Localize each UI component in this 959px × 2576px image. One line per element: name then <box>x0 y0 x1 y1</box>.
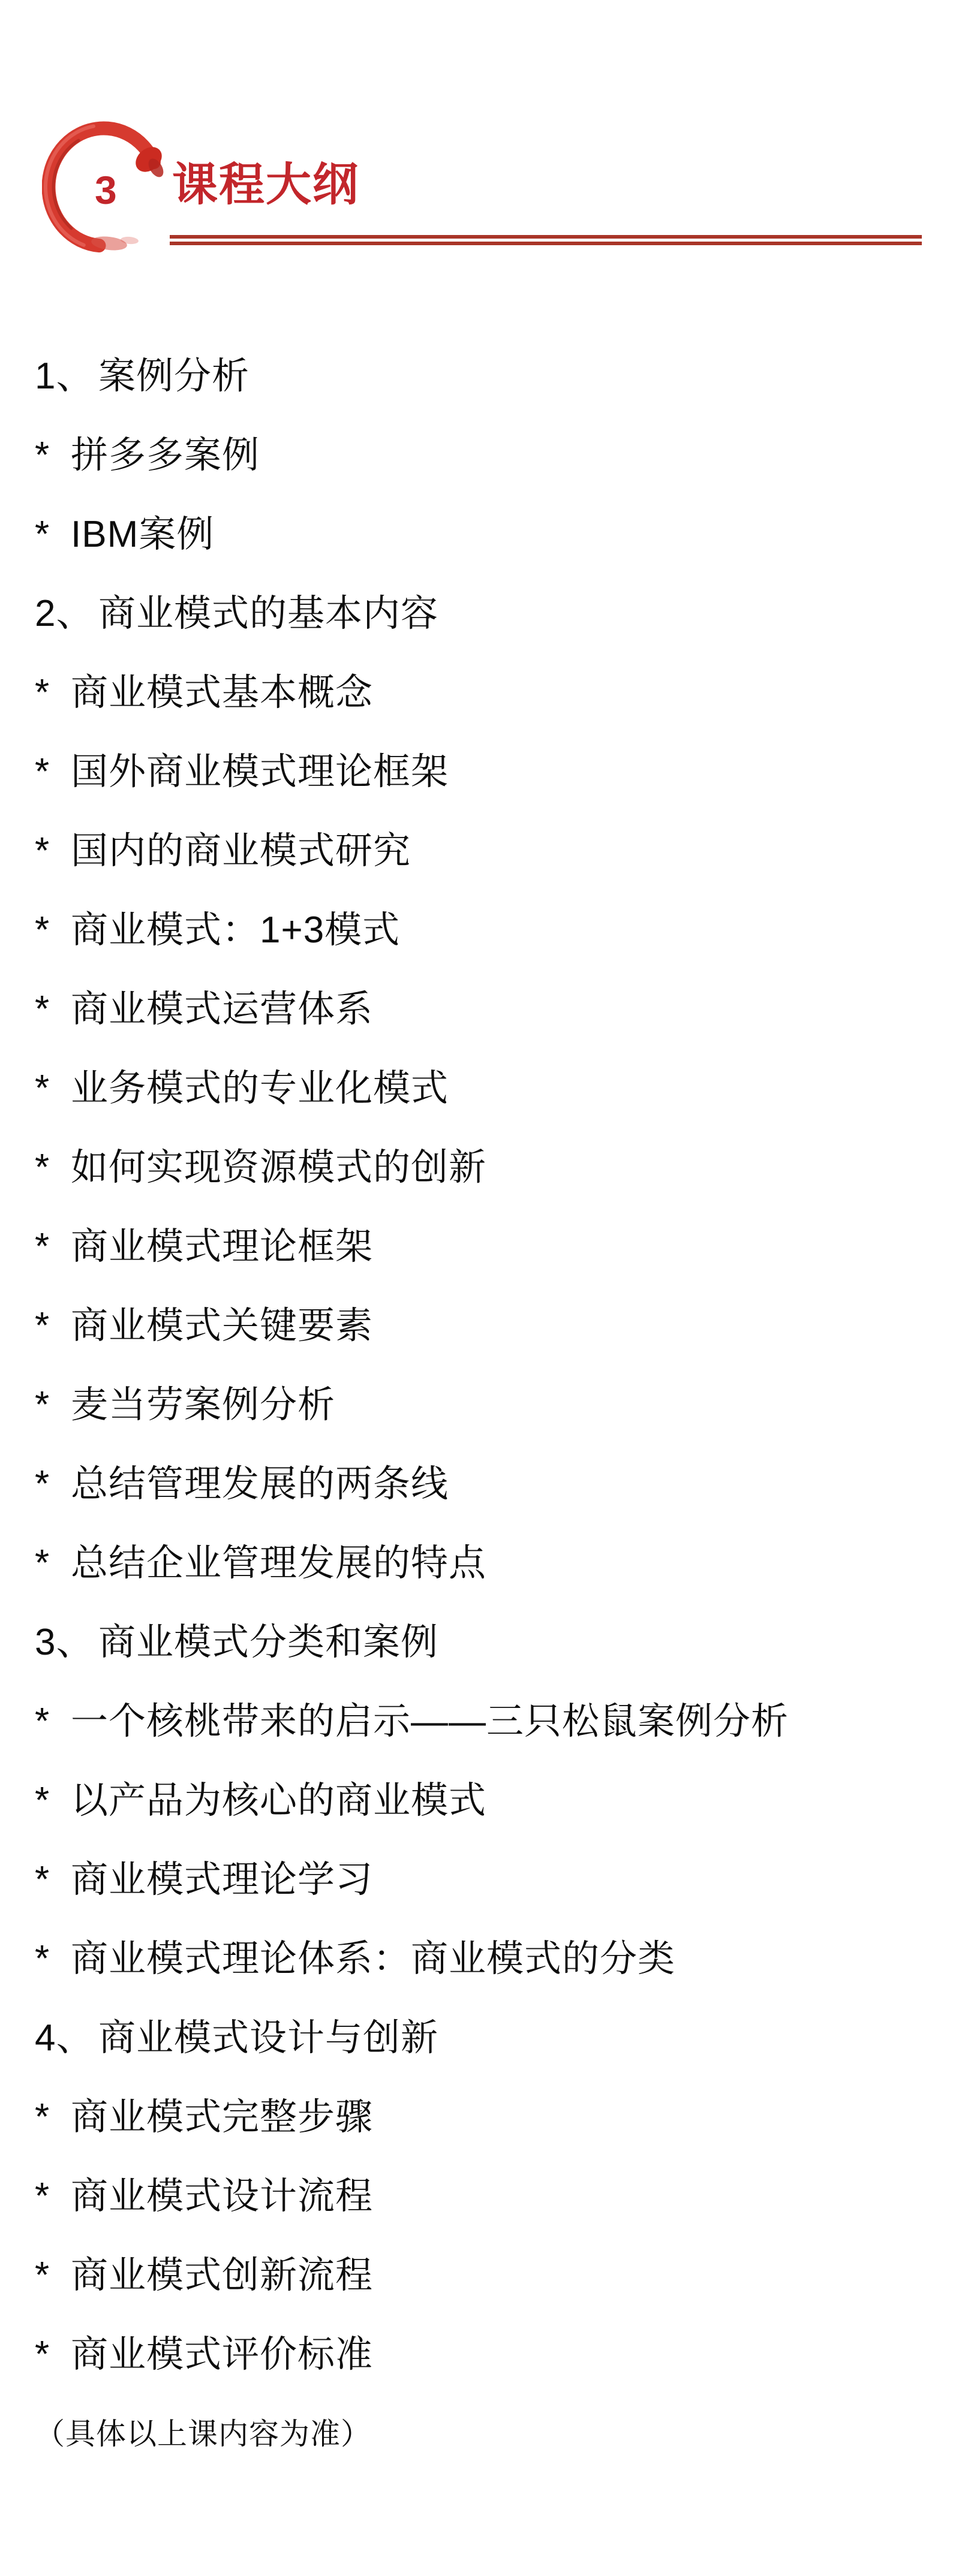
item-bullet-marker: * <box>35 2078 71 2157</box>
outline-bullet-item: *以产品为核心的商业模式 <box>0 1761 959 1840</box>
item-text: 案例分析 <box>98 355 249 397</box>
item-text: 国外商业模式理论框架 <box>71 751 449 793</box>
outline-bullet-item: *商业模式运营体系 <box>0 970 959 1049</box>
title-underline-top <box>170 235 922 239</box>
item-bullet-marker: * <box>35 2157 71 2236</box>
outline-bullet-item: *商业模式基本概念 <box>0 653 959 733</box>
item-text: 商业模式的基本内容 <box>98 593 438 634</box>
outline-section-item: 1、案例分析 <box>0 337 959 416</box>
item-text: 商业模式完整步骤 <box>71 2096 373 2138</box>
outline-section-item: 3、商业模式分类和案例 <box>0 1603 959 1682</box>
outline-footnote: （具体以上课内容为准） <box>0 2394 959 2473</box>
item-text: 商业模式评价标准 <box>71 2334 373 2375</box>
item-bullet-marker: * <box>35 733 71 812</box>
item-bullet-marker: * <box>35 2236 71 2315</box>
item-bullet-marker: * <box>35 1049 71 1128</box>
item-number-marker: 1、 <box>35 337 98 416</box>
outline-bullet-item: *商业模式：1+3模式 <box>0 891 959 970</box>
outline-list: 1、案例分析*拼多多案例*IBM案例2、商业模式的基本内容*商业模式基本概念*国… <box>0 337 959 2394</box>
outline: 1、案例分析*拼多多案例*IBM案例2、商业模式的基本内容*商业模式基本概念*国… <box>0 337 959 2473</box>
title-underline-bottom <box>170 242 922 245</box>
outline-bullet-item: *商业模式评价标准 <box>0 2315 959 2394</box>
item-number-marker: 2、 <box>35 574 98 653</box>
item-text: 拼多多案例 <box>71 435 260 476</box>
item-text: IBM案例 <box>71 514 214 555</box>
outline-bullet-item: *总结企业管理发展的特点 <box>0 1524 959 1603</box>
item-bullet-marker: * <box>35 1128 71 1207</box>
outline-bullet-item: *总结管理发展的两条线 <box>0 1445 959 1524</box>
item-bullet-marker: * <box>35 1445 71 1524</box>
item-bullet-marker: * <box>35 2315 71 2394</box>
item-bullet-marker: * <box>35 1524 71 1603</box>
item-text: 以产品为核心的商业模式 <box>71 1780 486 1821</box>
outline-bullet-item: *商业模式关键要素 <box>0 1287 959 1366</box>
item-text: 总结企业管理发展的特点 <box>71 1542 486 1584</box>
item-bullet-marker: * <box>35 1761 71 1840</box>
outline-section-item: 4、商业模式设计与创新 <box>0 1999 959 2078</box>
outline-bullet-item: *一个核桃带来的启示——三只松鼠案例分析 <box>0 1682 959 1761</box>
item-bullet-marker: * <box>35 1840 71 1920</box>
item-bullet-marker: * <box>35 495 71 574</box>
item-text: 商业模式理论体系：商业模式的分类 <box>71 1938 675 1980</box>
item-text: 商业模式创新流程 <box>71 2255 373 2296</box>
item-bullet-marker: * <box>35 1207 71 1287</box>
item-bullet-marker: * <box>35 653 71 733</box>
outline-bullet-item: *拼多多案例 <box>0 416 959 495</box>
item-number-marker: 4、 <box>35 1999 98 2078</box>
outline-bullet-item: *商业模式设计流程 <box>0 2157 959 2236</box>
item-bullet-marker: * <box>35 812 71 891</box>
item-number-marker: 3、 <box>35 1603 98 1682</box>
outline-bullet-item: *国外商业模式理论框架 <box>0 733 959 812</box>
outline-bullet-item: *IBM案例 <box>0 495 959 574</box>
item-bullet-marker: * <box>35 1287 71 1366</box>
item-text: 业务模式的专业化模式 <box>71 1068 449 1109</box>
item-text: 商业模式基本概念 <box>71 672 373 713</box>
outline-bullet-item: *商业模式创新流程 <box>0 2236 959 2315</box>
item-bullet-marker: * <box>35 1366 71 1445</box>
item-text: 麦当劳案例分析 <box>71 1384 335 1426</box>
outline-section-item: 2、商业模式的基本内容 <box>0 574 959 653</box>
item-bullet-marker: * <box>35 1920 71 1999</box>
outline-bullet-item: *商业模式理论框架 <box>0 1207 959 1287</box>
item-text: 商业模式运营体系 <box>71 989 373 1030</box>
item-text: 一个核桃带来的启示——三只松鼠案例分析 <box>71 1701 789 1742</box>
item-text: 商业模式分类和案例 <box>98 1622 438 1663</box>
item-text: 如何实现资源模式的创新 <box>71 1147 486 1188</box>
section-title: 课程大纲 <box>172 162 359 208</box>
course-outline-page: 3 课程大纲 1、案例分析*拼多多案例*IBM案例2、商业模式的基本内容*商业模… <box>0 0 959 2576</box>
outline-bullet-item: *国内的商业模式研究 <box>0 812 959 891</box>
outline-bullet-item: *商业模式完整步骤 <box>0 2078 959 2157</box>
item-text: 商业模式关键要素 <box>71 1305 373 1346</box>
item-text: 商业模式理论框架 <box>71 1226 373 1267</box>
item-text: 总结管理发展的两条线 <box>71 1463 449 1505</box>
outline-bullet-item: *如何实现资源模式的创新 <box>0 1128 959 1207</box>
item-bullet-marker: * <box>35 970 71 1049</box>
outline-bullet-item: *麦当劳案例分析 <box>0 1366 959 1445</box>
outline-bullet-item: *商业模式理论学习 <box>0 1840 959 1920</box>
item-bullet-marker: * <box>35 891 71 970</box>
item-text: 商业模式理论学习 <box>71 1859 373 1900</box>
section-number: 3 <box>95 170 117 210</box>
item-bullet-marker: * <box>35 1682 71 1761</box>
outline-bullet-item: *商业模式理论体系：商业模式的分类 <box>0 1920 959 1999</box>
item-text: 商业模式设计与创新 <box>98 2017 438 2059</box>
item-text: 国内的商业模式研究 <box>71 830 411 872</box>
outline-bullet-item: *业务模式的专业化模式 <box>0 1049 959 1128</box>
item-bullet-marker: * <box>35 416 71 495</box>
item-text: 商业模式设计流程 <box>71 2176 373 2217</box>
item-text: 商业模式：1+3模式 <box>71 909 400 951</box>
